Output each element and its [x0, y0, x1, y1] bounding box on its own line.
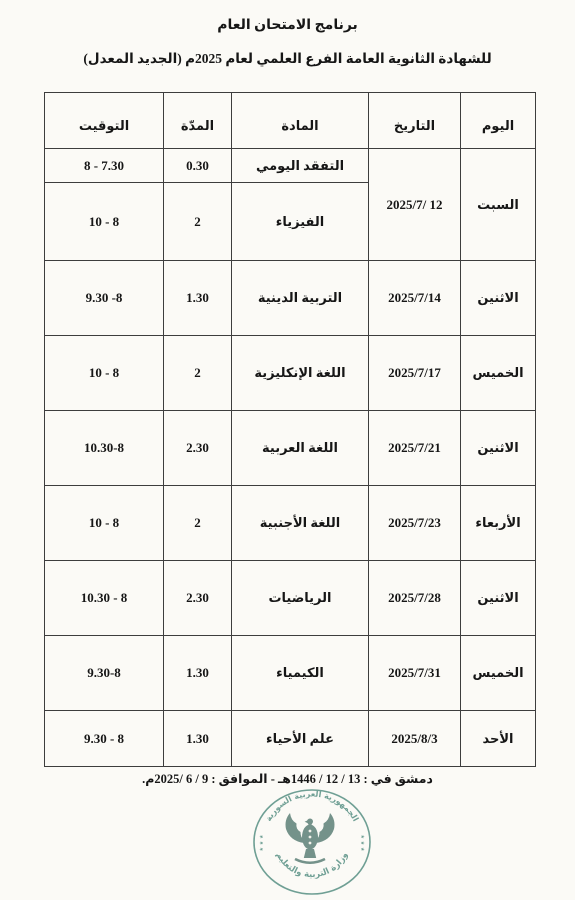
- day-cell: السبت: [461, 149, 536, 261]
- date-cell: 2025/7/31: [369, 636, 461, 711]
- ministry-stamp: الجمهورية العربية السورية وزارة التربية …: [250, 787, 374, 897]
- subject-cell: اللغة الأجنبية: [232, 486, 369, 561]
- exam-row: الأربعاء2025/7/23اللغة الأجنبية210 - 8: [45, 486, 536, 561]
- time-cell: 10 - 8: [45, 336, 164, 411]
- exam-row: الاثنين2025/7/21اللغة العربية2.3010.30-8: [45, 411, 536, 486]
- date-cell: 2025/7/ 12: [369, 149, 461, 261]
- exam-row: الخميس2025/7/17اللغة الإنكليزية210 - 8: [45, 336, 536, 411]
- header-subject: المادة: [232, 93, 369, 149]
- day-cell: الاثنين: [461, 561, 536, 636]
- date-cell: 2025/7/28: [369, 561, 461, 636]
- table-header-row: اليوم التاريخ المادة المدّة التوقيت: [45, 93, 536, 149]
- date-cell: 2025/7/17: [369, 336, 461, 411]
- exam-schedule-table: اليوم التاريخ المادة المدّة التوقيت السب…: [44, 92, 536, 767]
- time-cell: 9.30 - 8: [45, 711, 164, 767]
- day-cell: الخميس: [461, 636, 536, 711]
- time-cell: 10 - 8: [45, 486, 164, 561]
- stamp-stars-left: ★ ★ ★: [259, 834, 265, 851]
- stamp-svg: الجمهورية العربية السورية وزارة التربية …: [250, 787, 374, 897]
- time-cell: 10.30 - 8: [45, 561, 164, 636]
- day-cell: الخميس: [461, 336, 536, 411]
- exam-table-body: السبت2025/7/ 12التفقد اليومي0.308 - 7.30…: [45, 149, 536, 767]
- document-title: برنامج الامتحان العام: [0, 0, 575, 34]
- issue-date-line: دمشق في : 13 / 12 / 1446هـ - الموافق : 9…: [0, 771, 575, 787]
- header-duration: المدّة: [164, 93, 232, 149]
- header-day: اليوم: [461, 93, 536, 149]
- day-cell: الأربعاء: [461, 486, 536, 561]
- date-cell: 2025/7/14: [369, 261, 461, 336]
- subject-cell: التربية الدينية: [232, 261, 369, 336]
- document-page: برنامج الامتحان العام للشهادة الثانوية ا…: [0, 0, 575, 900]
- duration-cell: 2: [164, 486, 232, 561]
- duration-cell: 1.30: [164, 711, 232, 767]
- date-cell: 2025/7/23: [369, 486, 461, 561]
- subject-cell: اللغة الإنكليزية: [232, 336, 369, 411]
- day-cell: الأحد: [461, 711, 536, 767]
- duration-cell: 2.30: [164, 411, 232, 486]
- duration-cell: 1.30: [164, 261, 232, 336]
- day-cell: الاثنين: [461, 411, 536, 486]
- date-cell: 2025/7/21: [369, 411, 461, 486]
- exam-row: الأحد2025/8/3علم الأحياء1.309.30 - 8: [45, 711, 536, 767]
- subject-cell: الرياضيات: [232, 561, 369, 636]
- duration-cell: 0.30: [164, 149, 232, 183]
- subject-cell: الكيمياء: [232, 636, 369, 711]
- subject-cell: اللغة العربية: [232, 411, 369, 486]
- stamp-top-text: الجمهورية العربية السورية: [264, 789, 360, 823]
- exam-row: الاثنين2025/7/28الرياضيات2.3010.30 - 8: [45, 561, 536, 636]
- exam-row: السبت2025/7/ 12التفقد اليومي0.308 - 7.30: [45, 149, 536, 183]
- duration-cell: 2.30: [164, 561, 232, 636]
- eagle-emblem-icon: [286, 813, 335, 863]
- subject-cell: الفيزياء: [232, 183, 369, 261]
- header-time: التوقيت: [45, 93, 164, 149]
- stamp-stars-right: ★ ★ ★: [359, 835, 365, 852]
- time-cell: 10 - 8: [45, 183, 164, 261]
- duration-cell: 2: [164, 336, 232, 411]
- time-cell: 8 - 7.30: [45, 149, 164, 183]
- time-cell: 9.30-8: [45, 636, 164, 711]
- duration-cell: 1.30: [164, 636, 232, 711]
- document-subtitle: للشهادة الثانوية العامة الفرع العلمي لعا…: [0, 51, 575, 67]
- header-date: التاريخ: [369, 93, 461, 149]
- exam-row: الاثنين2025/7/14التربية الدينية1.309.30 …: [45, 261, 536, 336]
- date-cell: 2025/8/3: [369, 711, 461, 767]
- duration-cell: 2: [164, 183, 232, 261]
- exam-row: الخميس2025/7/31الكيمياء1.309.30-8: [45, 636, 536, 711]
- time-cell: 9.30 -8: [45, 261, 164, 336]
- day-cell: الاثنين: [461, 261, 536, 336]
- time-cell: 10.30-8: [45, 411, 164, 486]
- subject-cell: علم الأحياء: [232, 711, 369, 767]
- subject-cell: التفقد اليومي: [232, 149, 369, 183]
